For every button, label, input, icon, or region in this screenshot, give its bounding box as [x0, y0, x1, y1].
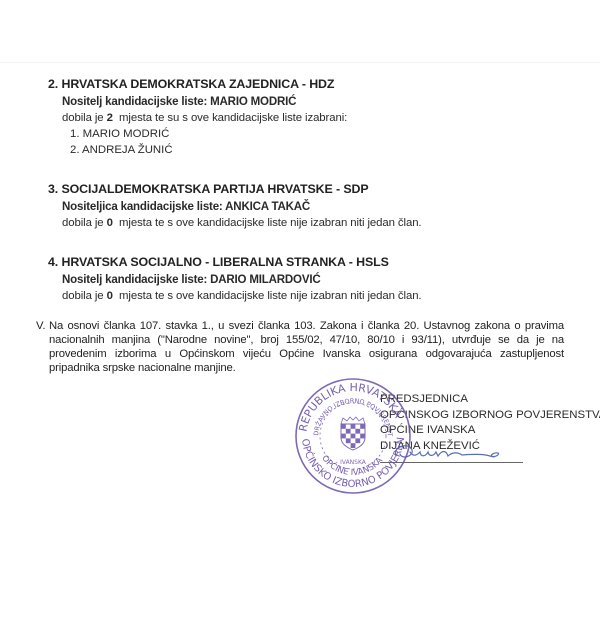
party-heading: 3. SOCIJALDEMOKRATSKA PARTIJA HRVATSKE -…	[48, 181, 422, 198]
svg-text:IVANSKA: IVANSKA	[340, 459, 367, 466]
page-top-border	[0, 62, 600, 63]
seat-count: 0	[107, 217, 113, 229]
paragraph-line: nacionalnih manjina ("Narodne novine", b…	[36, 333, 564, 347]
official-stamp-icon: REPUBLIKA HRVATSKA DRŽAVNO IZBORNO POVJE…	[292, 376, 414, 496]
section-number: V.	[36, 319, 45, 333]
list-holder: Nositelj kandidacijske liste: DARIO MILA…	[62, 271, 396, 288]
section-v-paragraph: V. Na osnovi članka 107. stavka 1., u sv…	[36, 319, 564, 375]
paragraph-line: pripadnika srpske nacionalne manjine.	[36, 361, 564, 375]
paragraph-line: V. Na osnovi članka 107. stavka 1., u sv…	[36, 319, 564, 333]
elected-member: 1. MARIO MODRIĆ	[70, 126, 347, 142]
party-heading: 2. HRVATSKA DEMOKRATSKA ZAJEDNICA - HDZ	[48, 76, 347, 93]
list-holder: Nositelj kandidacijske liste: MARIO MODR…	[62, 93, 327, 110]
list-holder: Nositeljica kandidacijske liste: ANKICA …	[62, 198, 396, 215]
party-heading: 4. HRVATSKA SOCIJALNO - LIBERALNA STRANK…	[48, 254, 422, 271]
party-section-hsls: 4. HRVATSKA SOCIJALNO - LIBERALNA STRANK…	[48, 254, 422, 304]
elected-member: 2. ANDREJA ŽUNIĆ	[70, 142, 347, 158]
seat-count: 2	[107, 112, 113, 124]
paragraph-line: provedenim izborima u Općinskom vijeću O…	[36, 347, 564, 361]
party-section-hdz: 2. HRVATSKA DEMOKRATSKA ZAJEDNICA - HDZ …	[48, 76, 347, 158]
party-section-sdp: 3. SOCIJALDEMOKRATSKA PARTIJA HRVATSKE -…	[48, 181, 422, 231]
seats-result: dobila je 0 mjesta te s ove kandidacijsk…	[62, 215, 422, 231]
seats-result: dobila je 2 mjesta te su s ove kandidaci…	[62, 110, 347, 126]
seats-result: dobila je 0 mjesta te s ove kandidacijsk…	[62, 288, 422, 304]
seat-count: 0	[107, 290, 113, 302]
